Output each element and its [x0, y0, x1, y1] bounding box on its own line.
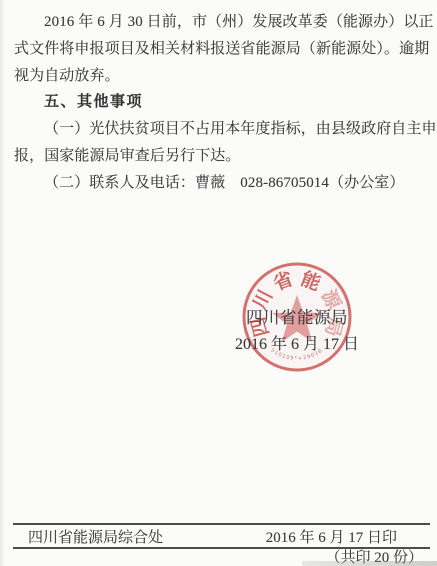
text-line: 视为自动放弃。 — [14, 63, 430, 90]
scan-bottom-artifact — [302, 561, 437, 566]
document-page: 2016 年 6 月 30 日前，市（州）发展改革委（能源办）以正 式文件将申报… — [0, 0, 437, 566]
signature-block: 四川省能源局 2016 年 6 月 17 日 — [226, 304, 368, 358]
footer: 四川省能源局综合处 2016 年 6 月 17 日印 （共印 20 份） — [13, 523, 430, 566]
footer-print-row: 四川省能源局综合处 2016 年 6 月 17 日印 — [13, 525, 430, 549]
footer-print-date: 2016 年 6 月 17 日印 — [266, 526, 397, 547]
text-line: 2016 年 6 月 30 日前，市（州）发展改革委（能源办）以正 — [14, 9, 430, 36]
document-body: 2016 年 6 月 30 日前，市（州）发展改革委（能源办）以正 式文件将申报… — [14, 9, 430, 197]
section-heading: 五、其他事项 — [14, 89, 430, 116]
footer-issuer: 四川省能源局综合处 — [28, 526, 163, 547]
text-line: 式文件将申报项目及相关材料报送省能源局（新能源处）。逾期 — [14, 36, 430, 63]
text-line: （一）光伏扶贫项目不占用本年度指标，由县级政府自主申 — [14, 116, 430, 143]
signature-date: 2016 年 6 月 17 日 — [226, 331, 368, 358]
text-line: （二）联系人及电话：曹薇 028-86705014（办公室） — [14, 170, 430, 197]
signature-org: 四川省能源局 — [226, 304, 368, 331]
scan-edge-artifact — [0, 0, 5, 566]
text-line: 报，国家能源局审查后另行下达。 — [14, 143, 430, 170]
